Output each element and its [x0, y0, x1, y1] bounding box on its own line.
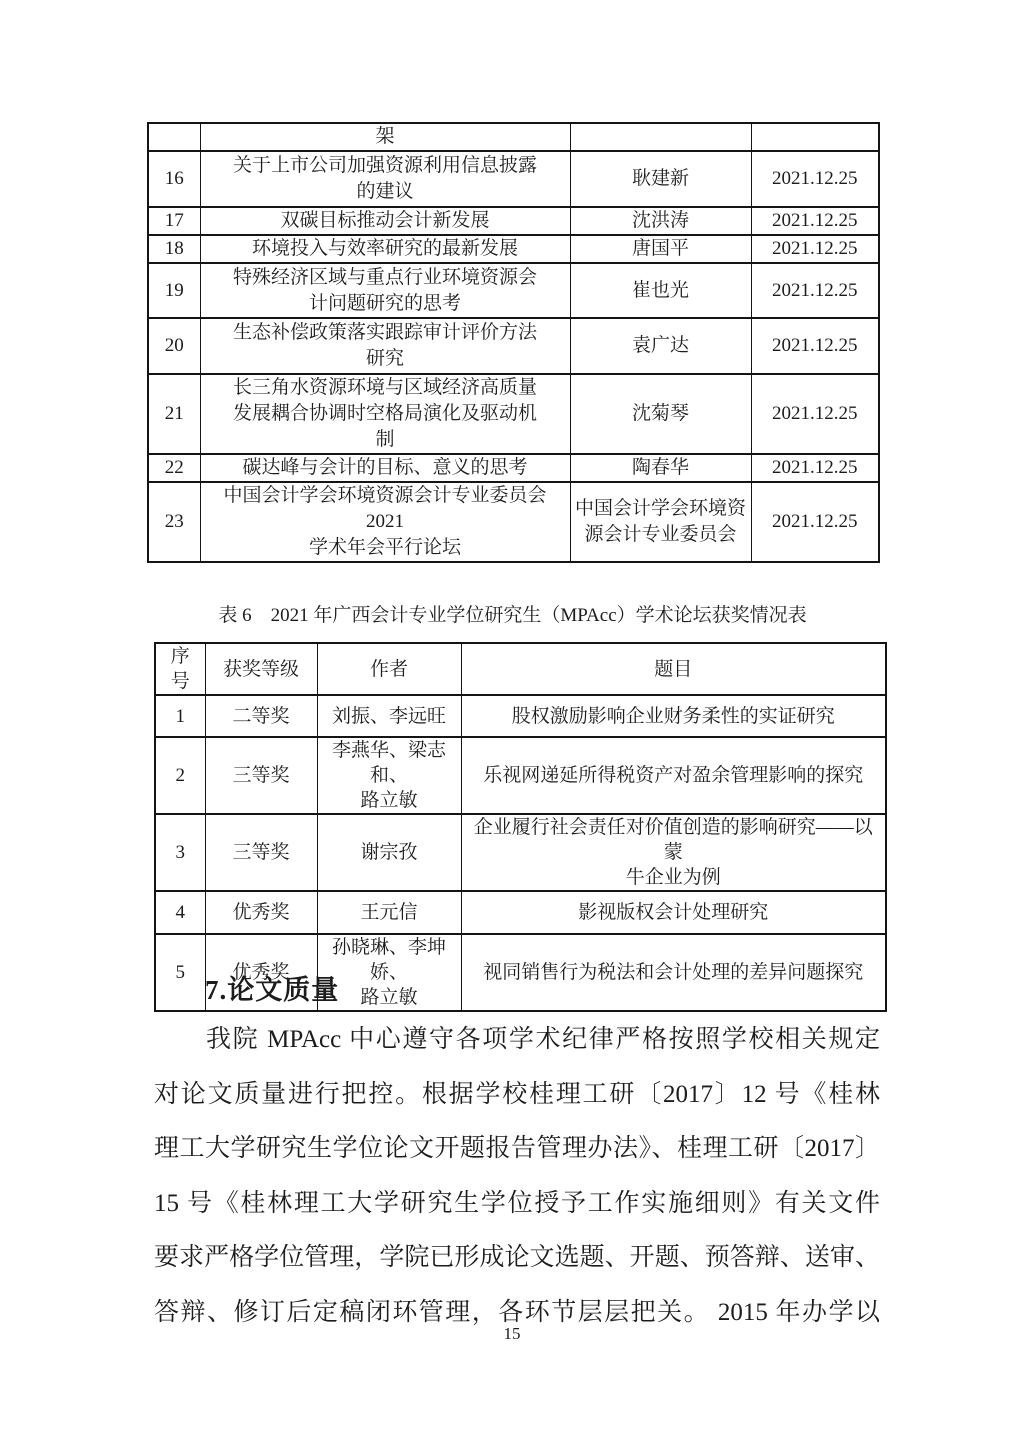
section-heading: 7.论文质量 — [205, 968, 339, 1007]
no-cell: 20 — [148, 318, 200, 374]
no-cell: 4 — [155, 891, 205, 934]
speaker-cell: 沈洪涛 — [570, 207, 751, 235]
body-line: 对论文质量进行把控。根据学校桂理工研〔2017〕12 号《桂林 — [154, 1068, 880, 1123]
speaker-cell: 沈菊琴 — [570, 374, 751, 454]
table-header-row: 序 号 获奖等级 作者 题目 — [155, 643, 886, 695]
table-row: 2 三等奖 李燕华、梁志和、 路立敏 乐视网递延所得税资产对盈余管理影响的探究 — [155, 737, 886, 814]
title-cell: 乐视网递延所得税资产对盈余管理影响的探究 — [461, 737, 886, 814]
table-row: 16 关于上市公司加强资源利用信息披露 的建议 耿建新 2021.12.25 — [148, 151, 879, 207]
table-row: 18 环境投入与效率研究的最新发展 唐国平 2021.12.25 — [148, 235, 879, 263]
title-cell: 碳达峰与会计的目标、意义的思考 — [200, 454, 570, 482]
table-row: 架 — [148, 123, 879, 151]
date-cell: 2021.12.25 — [751, 482, 879, 562]
table-row: 22 碳达峰与会计的目标、意义的思考 陶春华 2021.12.25 — [148, 454, 879, 482]
speaker-cell: 袁广达 — [570, 318, 751, 374]
speaker-cell: 陶春华 — [570, 454, 751, 482]
no-cell: 18 — [148, 235, 200, 263]
no-cell: 3 — [155, 814, 205, 891]
title-cell: 关于上市公司加强资源利用信息披露 的建议 — [200, 151, 570, 207]
title-cell: 影视版权会计处理研究 — [461, 891, 886, 934]
no-cell: 1 — [155, 695, 205, 737]
document-page: 架 16 关于上市公司加强资源利用信息披露 的建议 耿建新 2021.12.25… — [0, 0, 1024, 1448]
no-cell — [148, 123, 200, 151]
date-cell: 2021.12.25 — [751, 207, 879, 235]
date-cell: 2021.12.25 — [751, 374, 879, 454]
speaker-cell: 崔也光 — [570, 263, 751, 318]
awards-table: 序 号 获奖等级 作者 题目 1 二等奖 刘振、李远旺 股权激励影响企业财务柔性… — [154, 642, 887, 1012]
date-cell — [751, 123, 879, 151]
speaker-cell: 耿建新 — [570, 151, 751, 207]
page-number: 15 — [0, 1324, 1024, 1344]
no-cell: 19 — [148, 263, 200, 318]
body-line: 我院 MPAcc 中心遵守各项学术纪律严格按照学校相关规定 — [154, 1013, 880, 1068]
body-paragraph: 我院 MPAcc 中心遵守各项学术纪律严格按照学校相关规定 对论文质量进行把控。… — [154, 1013, 880, 1340]
level-cell: 三等奖 — [205, 737, 317, 814]
header-title: 题目 — [461, 643, 886, 695]
table-row: 23 中国会计学会环境资源会计专业委员会 2021 学术年会平行论坛 中国会计学… — [148, 482, 879, 562]
speaker-cell — [570, 123, 751, 151]
title-cell: 长三角水资源环境与区域经济高质量 发展耦合协调时空格局演化及驱动机 制 — [200, 374, 570, 454]
level-cell: 二等奖 — [205, 695, 317, 737]
title-cell: 视同销售行为税法和会计处理的差异问题探究 — [461, 934, 886, 1011]
title-cell: 架 — [200, 123, 570, 151]
table-row: 4 优秀奖 王元信 影视版权会计处理研究 — [155, 891, 886, 934]
speaker-cell: 中国会计学会环境资 源会计专业委员会 — [570, 482, 751, 562]
table-row: 20 生态补偿政策落实跟踪审计评价方法 研究 袁广达 2021.12.25 — [148, 318, 879, 374]
title-cell: 特殊经济区域与重点行业环境资源会 计问题研究的思考 — [200, 263, 570, 318]
level-cell: 优秀奖 — [205, 891, 317, 934]
header-no: 序 号 — [155, 643, 205, 695]
table-row: 3 三等奖 谢宗孜 企业履行社会责任对价值创造的影响研究——以蒙 牛企业为例 — [155, 814, 886, 891]
date-cell: 2021.12.25 — [751, 263, 879, 318]
speaker-cell: 唐国平 — [570, 235, 751, 263]
table-row: 21 长三角水资源环境与区域经济高质量 发展耦合协调时空格局演化及驱动机 制 沈… — [148, 374, 879, 454]
date-cell: 2021.12.25 — [751, 151, 879, 207]
body-line: 要求严格学位管理，学院已形成论文选题、开题、预答辩、送审、 — [154, 1231, 880, 1286]
title-cell: 中国会计学会环境资源会计专业委员会 2021 学术年会平行论坛 — [200, 482, 570, 562]
no-cell: 21 — [148, 374, 200, 454]
title-cell: 环境投入与效率研究的最新发展 — [200, 235, 570, 263]
author-cell: 谢宗孜 — [317, 814, 461, 891]
no-cell: 22 — [148, 454, 200, 482]
title-cell: 股权激励影响企业财务柔性的实证研究 — [461, 695, 886, 737]
no-cell: 2 — [155, 737, 205, 814]
table-row: 17 双碳目标推动会计新发展 沈洪涛 2021.12.25 — [148, 207, 879, 235]
title-cell: 企业履行社会责任对价值创造的影响研究——以蒙 牛企业为例 — [461, 814, 886, 891]
author-cell: 刘振、李远旺 — [317, 695, 461, 737]
date-cell: 2021.12.25 — [751, 454, 879, 482]
no-cell: 16 — [148, 151, 200, 207]
title-cell: 生态补偿政策落实跟踪审计评价方法 研究 — [200, 318, 570, 374]
level-cell: 三等奖 — [205, 814, 317, 891]
table-row: 1 二等奖 刘振、李远旺 股权激励影响企业财务柔性的实证研究 — [155, 695, 886, 737]
body-line: 15 号《桂林理工大学研究生学位授予工作实施细则》有关文件 — [154, 1177, 880, 1232]
body-line: 理工大学研究生学位论文开题报告管理办法》、桂理工研〔2017〕 — [154, 1122, 880, 1177]
header-level: 获奖等级 — [205, 643, 317, 695]
no-cell: 17 — [148, 207, 200, 235]
no-cell: 23 — [148, 482, 200, 562]
no-cell: 5 — [155, 934, 205, 1011]
title-cell: 双碳目标推动会计新发展 — [200, 207, 570, 235]
header-author: 作者 — [317, 643, 461, 695]
date-cell: 2021.12.25 — [751, 318, 879, 374]
author-cell: 王元信 — [317, 891, 461, 934]
forum-schedule-table: 架 16 关于上市公司加强资源利用信息披露 的建议 耿建新 2021.12.25… — [147, 122, 880, 563]
author-cell: 李燕华、梁志和、 路立敏 — [317, 737, 461, 814]
table-row: 19 特殊经济区域与重点行业环境资源会 计问题研究的思考 崔也光 2021.12… — [148, 263, 879, 318]
date-cell: 2021.12.25 — [751, 235, 879, 263]
table6-caption: 表 6 2021 年广西会计专业学位研究生（MPAcc）学术论坛获奖情况表 — [147, 600, 878, 627]
